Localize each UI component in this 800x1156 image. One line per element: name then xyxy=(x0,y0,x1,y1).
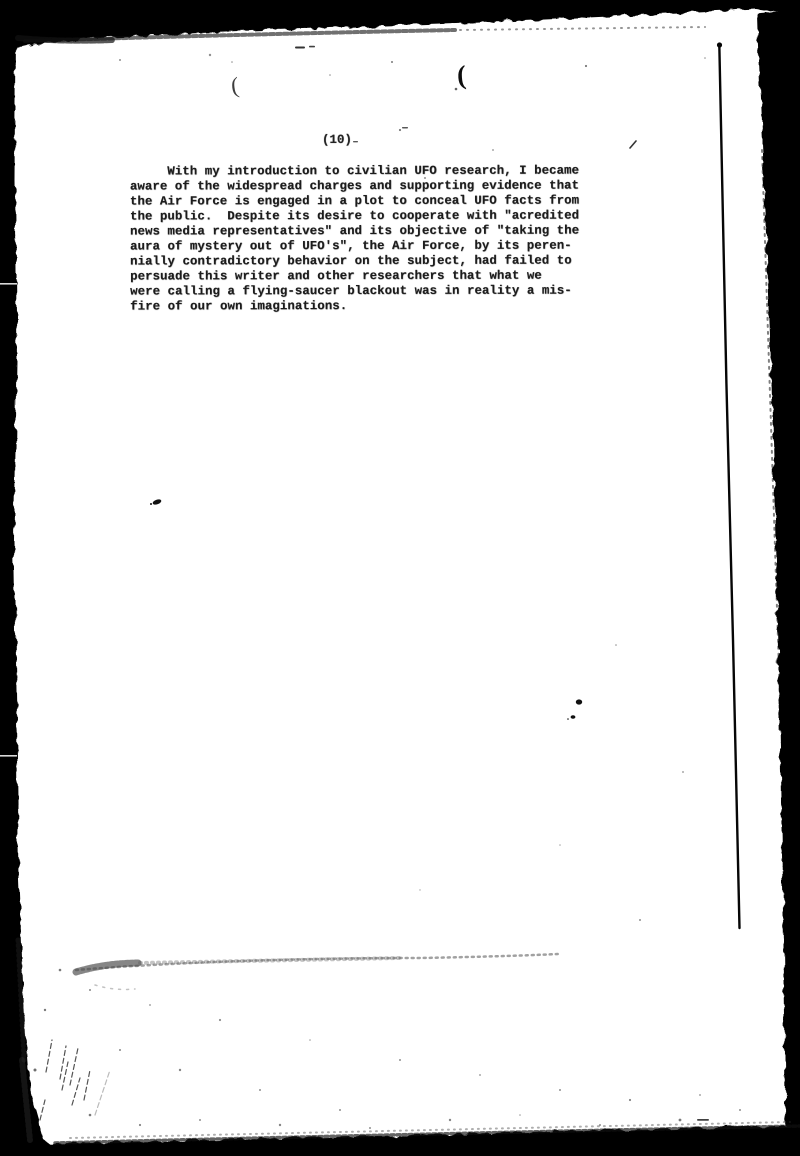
text-line: nially contradictory behavior on the sub… xyxy=(130,254,579,270)
page-edge-line xyxy=(717,42,740,928)
scanline-gaps xyxy=(0,283,17,757)
text-line: fire of our own imaginations. xyxy=(130,299,579,315)
handwritten-paren-left: ( xyxy=(230,74,240,98)
smudge-streak xyxy=(76,954,558,990)
text-line: news media representatives" and its obje… xyxy=(130,224,579,240)
text-line: With my introduction to civilian UFO res… xyxy=(130,164,579,180)
scratch-marks xyxy=(40,1040,110,1120)
handwritten-paren-right: ( xyxy=(456,62,467,90)
text-line: the public. Despite its desire to cooper… xyxy=(130,209,579,225)
text-line: the Air Force is engaged in a plot to co… xyxy=(130,194,579,210)
paragraph: With my introduction to civilian UFO res… xyxy=(130,164,579,315)
scanned-document-page: ( ( (10) With my introduction to civilia… xyxy=(0,0,800,1156)
text-line: aware of the widespread charges and supp… xyxy=(130,179,579,195)
page-number: (10) xyxy=(322,133,352,147)
text-line: persuade this writer and other researche… xyxy=(130,269,579,285)
top-edge-smear xyxy=(18,27,705,41)
text-line: were calling a flying-saucer blackout wa… xyxy=(130,284,579,300)
text-line: aura of mystery out of UFO's", the Air F… xyxy=(130,239,579,255)
